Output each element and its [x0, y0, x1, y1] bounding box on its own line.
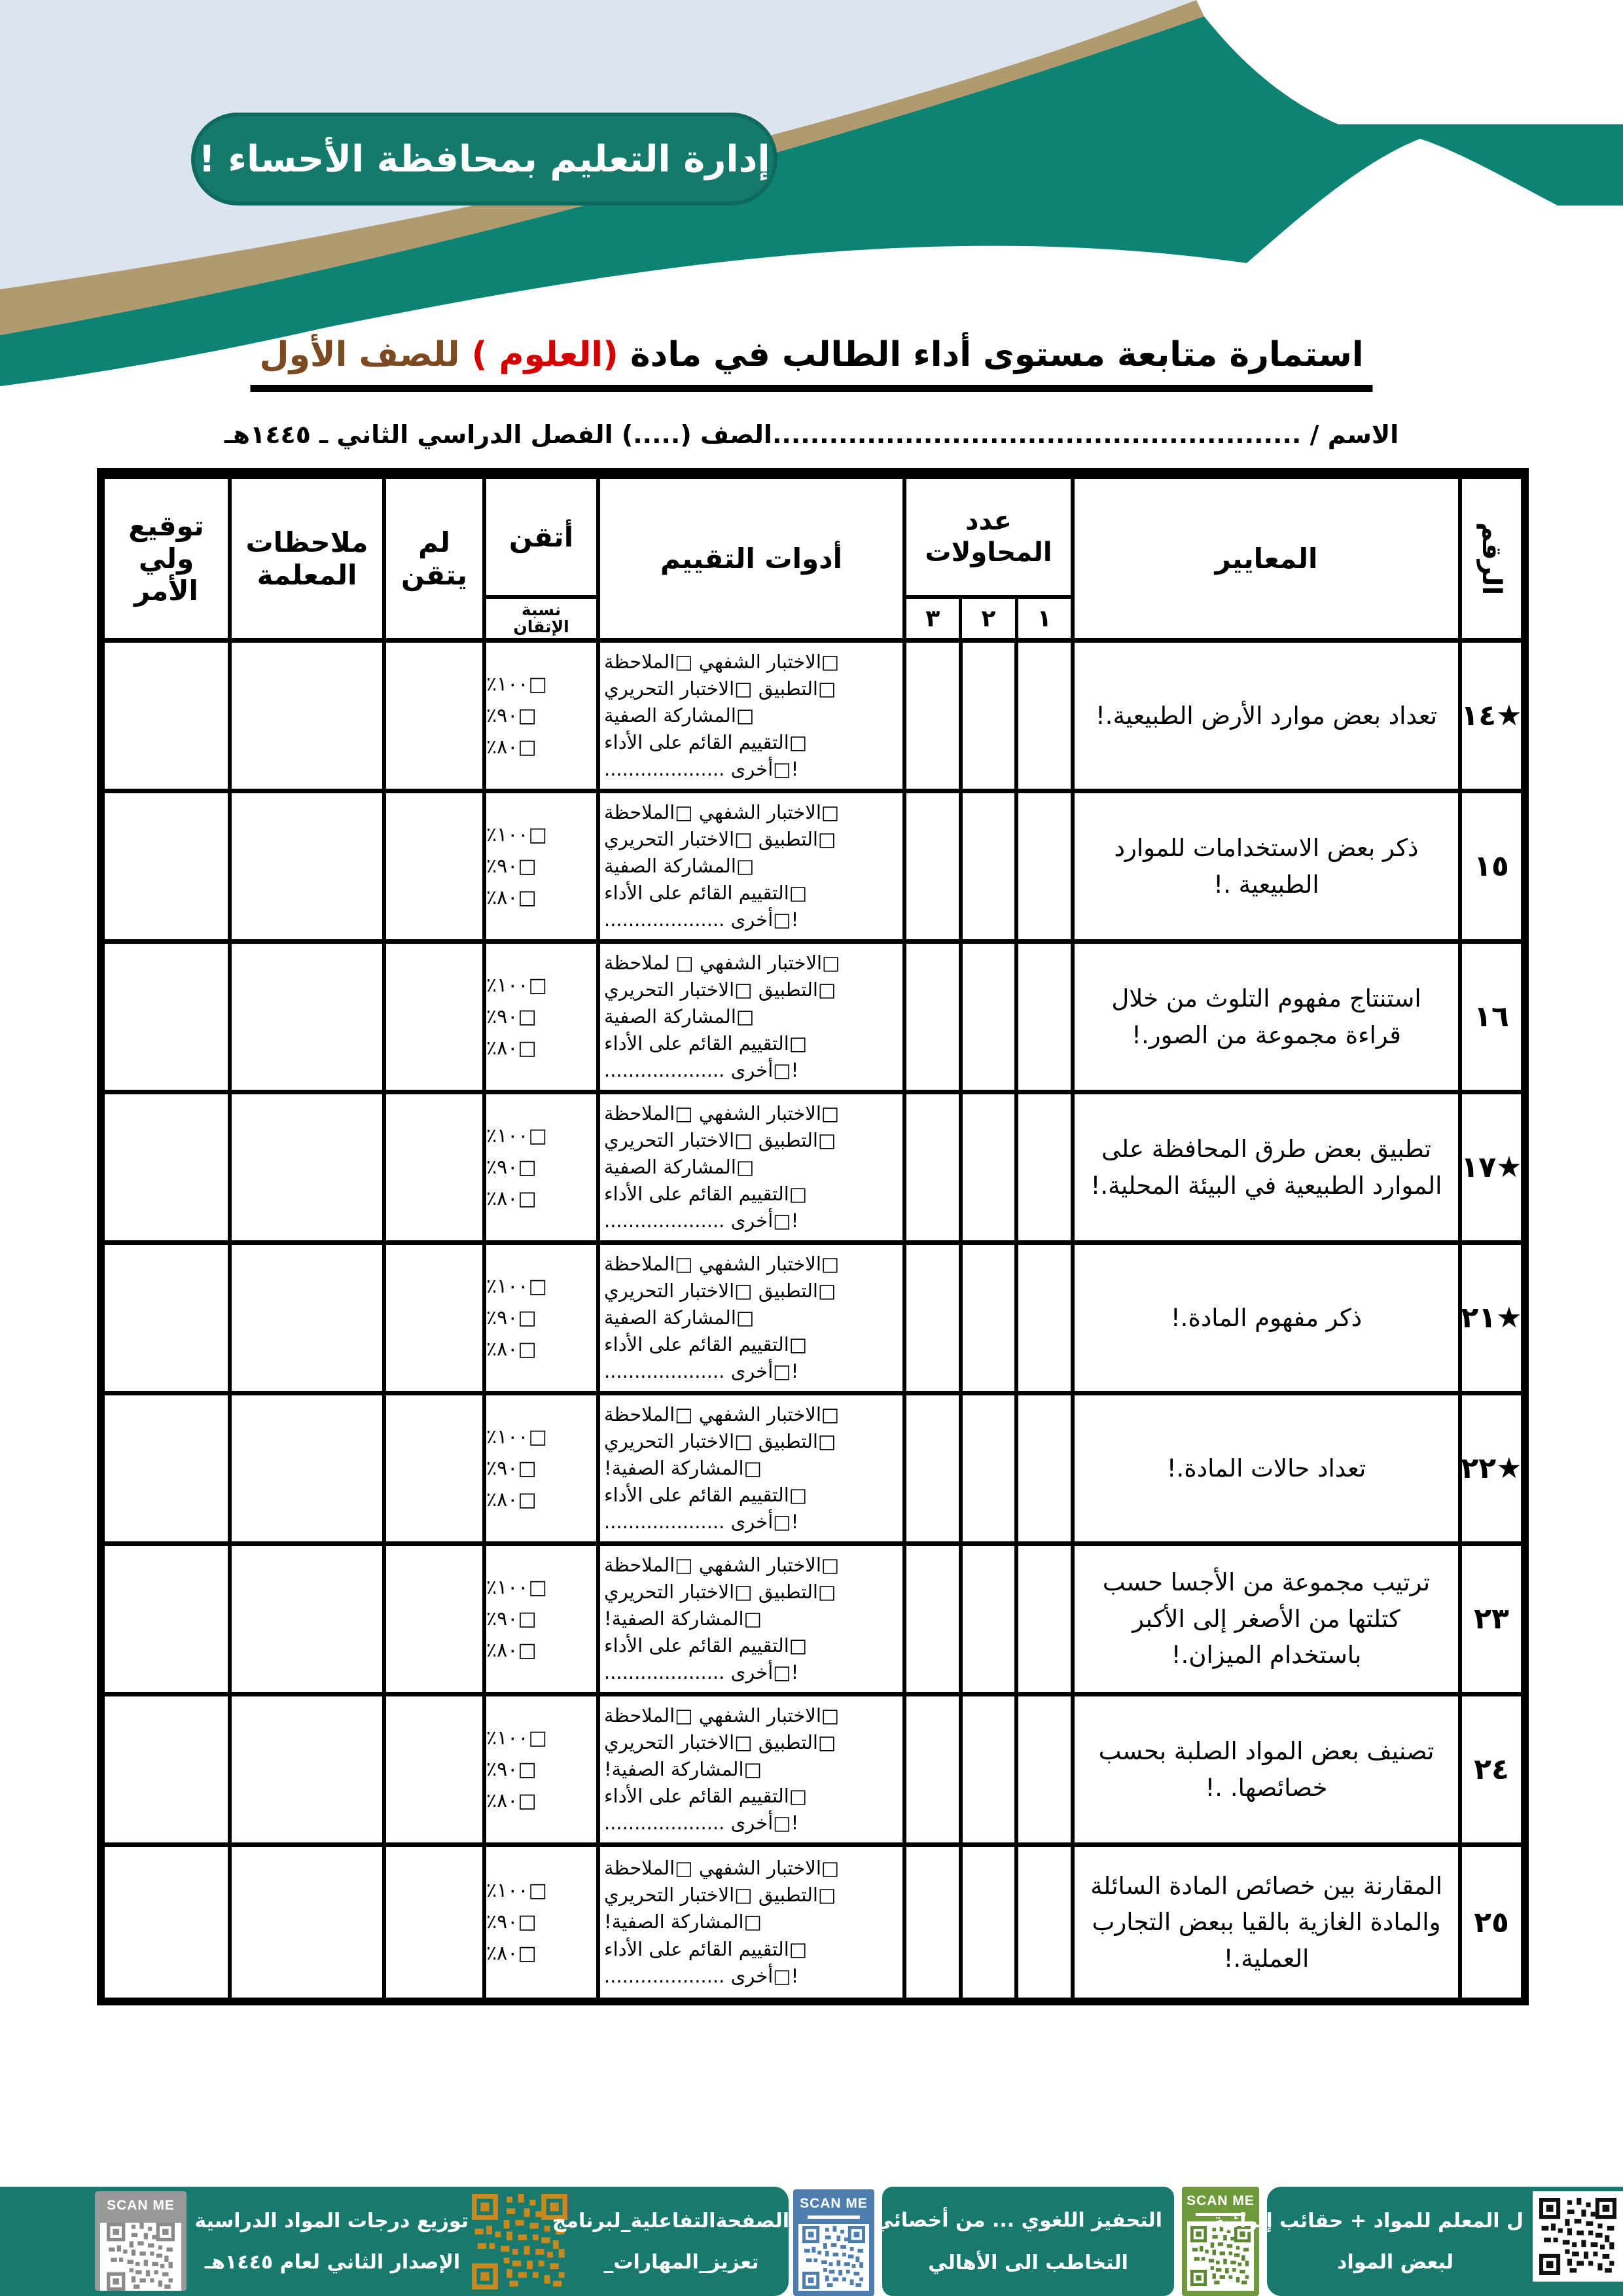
row-number: ٢٢★: [1461, 1452, 1521, 1485]
attempt-cell-2[interactable]: [959, 643, 1014, 793]
percent-option-90[interactable]: □٩٠٪: [486, 1152, 537, 1183]
percent-option-90[interactable]: □٩٠٪: [486, 1302, 537, 1334]
tool-checkbox-line[interactable]: □الاختبار الشفهي □الملاحظة: [604, 1702, 839, 1729]
qr-code-grades: [107, 2223, 175, 2291]
tool-checkbox-line[interactable]: □الاختبار الشفهي □الملاحظة: [604, 1855, 839, 1882]
teacher-notes-cell[interactable]: [228, 1245, 382, 1395]
tool-checkbox-line[interactable]: □الاختبار الشفهي □الملاحظة: [604, 1401, 839, 1428]
row-number: ١٦: [1474, 1000, 1509, 1033]
attempt-cell-2[interactable]: [959, 1245, 1014, 1395]
col-header-number: الرقم: [1458, 479, 1521, 643]
tool-checkbox-line[interactable]: !□أخرى ....................: [604, 1963, 798, 1990]
row-number-cell: ١٤★: [1458, 643, 1521, 793]
tool-checkbox-line[interactable]: □المشاركة الصفية: [604, 702, 754, 729]
mastery-percent-cell: □١٠٠٪ □٩٠٪ □٨٠٪: [482, 793, 596, 944]
tool-checkbox-line[interactable]: !□أخرى ....................: [604, 906, 798, 933]
mastery-percent-cell: □١٠٠٪ □٩٠٪ □٨٠٪: [482, 1546, 596, 1696]
percent-option-100[interactable]: □١٠٠٪: [486, 1875, 547, 1907]
tool-checkbox-line[interactable]: □المشاركة الصفية!: [604, 1909, 762, 1935]
scanme-badge-gray: SCAN ME: [95, 2191, 187, 2291]
not-mastered-cell[interactable]: [382, 1395, 482, 1546]
tool-checkbox-line[interactable]: □الاختبار الشفهي □الملاحظة: [604, 1100, 839, 1127]
col-header-guardian-signature: توقيع ولي الأمر: [105, 479, 228, 643]
guardian-signature-cell[interactable]: [105, 1245, 228, 1395]
tool-checkbox-line[interactable]: !□أخرى ....................: [604, 1509, 798, 1535]
row-number: ٢٥: [1474, 1906, 1509, 1939]
percent-option-80[interactable]: □٨٠٪: [486, 1635, 537, 1666]
education-department-badge: إدارة التعليم بمحافظة الأحساء !: [191, 113, 777, 206]
teacher-notes-cell[interactable]: [228, 1696, 382, 1847]
tool-checkbox-line[interactable]: !□أخرى ....................: [604, 756, 798, 783]
tool-checkbox-line[interactable]: □التطبيق □الاختبار التحريري: [604, 1127, 836, 1154]
footer-line: توزيع درجات المواد الدراسية: [196, 2210, 469, 2233]
assessment-tools-cell: □الاختبار الشفهي □الملاحظة □التطبيق □الا…: [596, 1847, 902, 1998]
tool-checkbox-line[interactable]: □التطبيق □الاختبار التحريري: [604, 826, 836, 853]
criteria-cell: تعداد بعض موارد الأرض الطبيعية.!: [1071, 643, 1458, 793]
mastery-percent-cell: □١٠٠٪ □٩٠٪ □٨٠٪: [482, 643, 596, 793]
guardian-signature-cell[interactable]: [105, 1696, 228, 1847]
assessment-tools-cell: □الاختبار الشفهي □الملاحظة □التطبيق □الا…: [596, 793, 902, 944]
mastery-percent-cell: □١٠٠٪ □٩٠٪ □٨٠٪: [482, 1245, 596, 1395]
teacher-notes-cell[interactable]: [228, 1546, 382, 1696]
percent-option-90[interactable]: □٩٠٪: [486, 1453, 537, 1484]
mastery-percent-cell: □١٠٠٪ □٩٠٪ □٨٠٪: [482, 944, 596, 1094]
row-number: ١٤★: [1461, 699, 1521, 732]
criteria-cell: تصنيف بعض المواد الصلبة بحسب خصائصها. .!: [1071, 1696, 1458, 1847]
attempt-cell-2[interactable]: [959, 1847, 1014, 1998]
attempt-cell-2[interactable]: [959, 944, 1014, 1094]
student-name-line[interactable]: الاسم / ................................…: [0, 420, 1623, 449]
qr-code-interactive-page: [470, 2194, 569, 2289]
percent-option-100[interactable]: □١٠٠٪: [486, 1723, 547, 1754]
col-header-number-label: الرقم: [1476, 522, 1507, 595]
criteria-cell: تعداد حالات المادة.!: [1071, 1395, 1458, 1546]
attempt-cell-1[interactable]: [1014, 1094, 1071, 1245]
tool-checkbox-line[interactable]: □المشاركة الصفية!: [604, 1756, 762, 1783]
title-subject: (العلوم ): [459, 335, 618, 374]
not-mastered-cell[interactable]: [382, 1546, 482, 1696]
row-number-cell: ٢٢★: [1458, 1395, 1521, 1546]
footer-line: ل المعلم للمواد + حقائب إثرائية: [1267, 2210, 1524, 2233]
tracking-table: الرقم المعايير عدد المحاولات ١ ٢ ٣ أدوات…: [97, 468, 1529, 2005]
row-number: ١٥: [1474, 850, 1509, 883]
guardian-signature-cell[interactable]: [105, 793, 228, 944]
teacher-notes-cell[interactable]: [228, 944, 382, 1094]
percent-option-90[interactable]: □٩٠٪: [486, 1001, 537, 1033]
tool-checkbox-line[interactable]: □التطبيق □الاختبار التحريري: [604, 1729, 836, 1756]
attempt-cell-3[interactable]: [902, 643, 959, 793]
tool-checkbox-line[interactable]: □التقييم القائم على الأداء: [604, 1331, 807, 1358]
tool-checkbox-line[interactable]: □التقييم القائم على الأداء: [604, 1936, 807, 1963]
tool-checkbox-line[interactable]: □الاختبار الشفهي □الملاحظة: [604, 649, 839, 675]
tool-checkbox-line[interactable]: □المشاركة الصفية!: [604, 1455, 762, 1482]
qr-code-teacher-guide: [1190, 2226, 1251, 2286]
tool-checkbox-line[interactable]: □المشاركة الصفية!: [604, 1605, 762, 1632]
footer-line: الإصدار الثاني لعام ١٤٤٥هـ: [196, 2251, 469, 2274]
row-number-cell: ١٥: [1458, 793, 1521, 944]
guardian-signature-cell[interactable]: [105, 1847, 228, 1998]
percent-option-100[interactable]: □١٠٠٪: [486, 1121, 547, 1152]
percent-option-90[interactable]: □٩٠٪: [486, 1907, 537, 1938]
scanme-label: SCAN ME: [107, 2198, 175, 2214]
footer-panel-motivation: التحفيز اللغوي ... من أخصائي التخاطب الى…: [882, 2187, 1174, 2296]
percent-option-80[interactable]: □٨٠٪: [486, 1785, 537, 1817]
attempt-cell-2[interactable]: [959, 793, 1014, 944]
title-prefix: استمارة متابعة مستوى أداء الطالب في مادة: [618, 335, 1364, 374]
footer-line: التخاطب الى الأهالي: [894, 2251, 1162, 2274]
percent-option-80[interactable]: □٨٠٪: [486, 1938, 537, 1969]
attempt-cell-3[interactable]: [902, 1094, 959, 1245]
percent-option-90[interactable]: □٩٠٪: [486, 1604, 537, 1635]
row-number-cell: ١٧★: [1458, 1094, 1521, 1245]
criteria-cell: المقارنة بين خصائص المادة السائلة والماد…: [1071, 1847, 1458, 1998]
tool-checkbox-line[interactable]: !□أخرى ....................: [604, 1810, 798, 1837]
tool-checkbox-line[interactable]: □التقييم القائم على الأداء: [604, 880, 807, 906]
row-number: ٢٤: [1474, 1753, 1509, 1786]
tool-checkbox-line[interactable]: !□أخرى ....................: [604, 1208, 798, 1234]
assessment-tools-cell: □الاختبار الشفهي □الملاحظة □التطبيق □الا…: [596, 1245, 902, 1395]
guardian-signature-cell[interactable]: [105, 1094, 228, 1245]
guardian-signature-cell[interactable]: [105, 1395, 228, 1546]
attempt-cell-3[interactable]: [902, 1696, 959, 1847]
criteria-cell: ترتيب مجموعة من الأجسا حسب كتلتها من الأ…: [1071, 1546, 1458, 1696]
tool-checkbox-line[interactable]: □الاختبار الشفهي □الملاحظة: [604, 799, 839, 826]
tool-checkbox-line[interactable]: □الاختبار الشفهي □الملاحظة: [604, 1251, 839, 1278]
percent-option-90[interactable]: □٩٠٪: [486, 1754, 537, 1785]
teacher-notes-cell[interactable]: [228, 1847, 382, 1998]
attempt-col-3: ٣: [906, 599, 959, 638]
tool-checkbox-line[interactable]: □التطبيق □الاختبار التحريري: [604, 1579, 836, 1605]
criteria-cell: تطبيق بعض طرق المحافظة على الموارد الطبي…: [1071, 1094, 1458, 1245]
attempt-cell-2[interactable]: [959, 1696, 1014, 1847]
footer-line: الصفحةالتفاعلية_لبرنامج: [573, 2210, 789, 2233]
col-header-mastered: أتقن نسبة الإتقان: [482, 479, 596, 643]
education-department-label: إدارة التعليم بمحافظة الأحساء !: [198, 138, 770, 181]
col-header-not-mastered: لم يتقن: [382, 479, 482, 643]
attempt-cell-1[interactable]: [1014, 1546, 1071, 1696]
scanme-badge-blue: SCAN ME: [793, 2189, 874, 2296]
row-number-cell: ٢٣: [1458, 1546, 1521, 1696]
teacher-notes-cell[interactable]: [228, 643, 382, 793]
attempt-cell-1[interactable]: [1014, 944, 1071, 1094]
not-mastered-cell[interactable]: [382, 643, 482, 793]
footer-line: لبعض المواد: [1267, 2251, 1524, 2274]
percent-option-90[interactable]: □٩٠٪: [486, 700, 537, 732]
attempt-cell-3[interactable]: [902, 1546, 959, 1696]
not-mastered-cell[interactable]: [382, 1094, 482, 1245]
guardian-signature-cell[interactable]: [105, 944, 228, 1094]
footer-line: التحفيز اللغوي ... من أخصائي: [894, 2209, 1162, 2232]
assessment-tools-cell: □الاختبار الشفهي □الملاحظة □التطبيق □الا…: [596, 1094, 902, 1245]
tool-checkbox-line[interactable]: □التقييم القائم على الأداء: [604, 1482, 807, 1509]
percent-option-80[interactable]: □٨٠٪: [486, 882, 537, 914]
percent-option-100[interactable]: □١٠٠٪: [486, 1271, 547, 1302]
tool-checkbox-line[interactable]: □التطبيق □الاختبار التحريري: [604, 675, 836, 702]
teacher-notes-cell[interactable]: [228, 1094, 382, 1245]
assessment-tools-cell: □الاختبار الشفهي □الملاحظة □التطبيق □الا…: [596, 1546, 902, 1696]
attempt-col-1: ١: [1015, 599, 1071, 638]
col-header-attempts: عدد المحاولات ١ ٢ ٣: [902, 479, 1071, 643]
title-grade: للصف الأول: [259, 335, 459, 374]
tool-checkbox-line[interactable]: □المشاركة الصفية: [604, 1304, 754, 1331]
tool-checkbox-line[interactable]: !□أخرى ....................: [604, 1659, 798, 1686]
mastery-percent-cell: □١٠٠٪ □٩٠٪ □٨٠٪: [482, 1847, 596, 1998]
footer-interactive-text: الصفحةالتفاعلية_لبرنامج تعزيز_المهارات_: [573, 2187, 789, 2296]
assessment-tools-cell: □الاختبار الشفهي □الملاحظة □التطبيق □الا…: [596, 643, 902, 793]
footer-grades-text: توزيع درجات المواد الدراسية الإصدار الثا…: [196, 2187, 469, 2296]
criteria-cell: ذكر بعض الاستخدامات للموارد الطبيعية .!: [1071, 793, 1458, 944]
col-header-tools: أدوات التقييم: [596, 479, 902, 643]
percent-option-80[interactable]: □٨٠٪: [486, 1484, 537, 1516]
col-header-teacher-notes: ملاحظات المعلمة: [228, 479, 382, 643]
percent-option-90[interactable]: □٩٠٪: [486, 851, 537, 882]
guardian-signature-cell[interactable]: [105, 1546, 228, 1696]
percent-option-80[interactable]: □٨٠٪: [486, 732, 537, 763]
scanme-label: SCAN ME: [1186, 2193, 1255, 2209]
not-mastered-cell[interactable]: [382, 944, 482, 1094]
qr-code-materials: [1533, 2191, 1623, 2282]
row-number: ٢١★: [1461, 1301, 1521, 1335]
tool-checkbox-line[interactable]: □التطبيق □الاختبار التحريري: [604, 1882, 836, 1909]
percent-option-80[interactable]: □٨٠٪: [486, 1033, 537, 1064]
attempts-subheader: ١ ٢ ٣: [906, 595, 1071, 638]
assessment-tools-cell: □الاختبار الشفهي □الملاحظة □التطبيق □الا…: [596, 1395, 902, 1546]
attempt-cell-1[interactable]: [1014, 1847, 1071, 1998]
row-number-cell: ١٦: [1458, 944, 1521, 1094]
mastery-percent-cell: □١٠٠٪ □٩٠٪ □٨٠٪: [482, 1696, 596, 1847]
tool-checkbox-line[interactable]: □التقييم القائم على الأداء: [604, 1783, 807, 1810]
row-number-cell: ٢٥: [1458, 1847, 1521, 1998]
tool-checkbox-line[interactable]: □التطبيق □الاختبار التحريري: [604, 1278, 836, 1304]
percent-option-100[interactable]: □١٠٠٪: [486, 1572, 547, 1604]
not-mastered-cell[interactable]: [382, 1847, 482, 1998]
tool-checkbox-line[interactable]: □التطبيق □الاختبار التحريري: [604, 977, 836, 1003]
attempt-cell-1[interactable]: [1014, 1395, 1071, 1546]
percent-option-100[interactable]: □١٠٠٪: [486, 669, 547, 700]
percent-option-100[interactable]: □١٠٠٪: [486, 819, 547, 851]
attempt-cell-1[interactable]: [1014, 1696, 1071, 1847]
assessment-tools-cell: □الاختبار الشفهي □ لملاحظة □التطبيق □الا…: [596, 944, 902, 1094]
percent-option-100[interactable]: □١٠٠٪: [486, 1422, 547, 1453]
attempts-label: عدد المحاولات: [906, 479, 1071, 595]
mastery-percent-cell: □١٠٠٪ □٩٠٪ □٨٠٪: [482, 1395, 596, 1546]
teacher-notes-cell[interactable]: [228, 793, 382, 944]
tool-checkbox-line[interactable]: !□أخرى ....................: [604, 1358, 798, 1385]
mastered-label: أتقن: [486, 479, 596, 595]
row-number: ١٧★: [1461, 1151, 1521, 1184]
attempt-cell-3[interactable]: [902, 1245, 959, 1395]
attempt-cell-3[interactable]: [902, 944, 959, 1094]
percent-option-80[interactable]: □٨٠٪: [486, 1334, 537, 1365]
tool-checkbox-line[interactable]: □المشاركة الصفية: [604, 1154, 754, 1181]
attempt-cell-3[interactable]: [902, 1395, 959, 1546]
not-mastered-cell[interactable]: [382, 1696, 482, 1847]
scanme-badge-green: SCAN ME: [1182, 2187, 1259, 2296]
row-number: ٢٣: [1474, 1602, 1509, 1636]
qr-code-language: [802, 2226, 865, 2289]
page-title: استمارة متابعة مستوى أداء الطالب في مادة…: [250, 335, 1372, 392]
tool-checkbox-line[interactable]: □المشاركة الصفية: [604, 853, 754, 880]
mastery-percent-cell: □١٠٠٪ □٩٠٪ □٨٠٪: [482, 1094, 596, 1245]
row-number-cell: ٢١★: [1458, 1245, 1521, 1395]
tool-checkbox-line[interactable]: □التطبيق □الاختبار التحريري: [604, 1428, 836, 1455]
col-header-criteria: المعايير: [1071, 479, 1458, 643]
tool-checkbox-line[interactable]: □المشاركة الصفية: [604, 1003, 754, 1030]
tool-checkbox-line[interactable]: □الاختبار الشفهي □ لملاحظة: [604, 950, 840, 977]
percent-option-100[interactable]: □١٠٠٪: [486, 970, 547, 1001]
attempt-cell-2[interactable]: [959, 1395, 1014, 1546]
attempt-cell-3[interactable]: [902, 1847, 959, 1998]
footer-line: تعزيز_المهارات_: [573, 2251, 789, 2274]
mastery-percent-label: نسبة الإتقان: [486, 595, 596, 638]
attempt-cell-1[interactable]: [1014, 793, 1071, 944]
tool-checkbox-line[interactable]: □التقييم القائم على الأداء: [604, 1181, 807, 1208]
attempt-col-2: ٢: [959, 599, 1014, 638]
attempt-cell-2[interactable]: [959, 1546, 1014, 1696]
tool-checkbox-line[interactable]: □الاختبار الشفهي □الملاحظة: [604, 1552, 839, 1579]
criteria-cell: استنتاج مفهوم التلوث من خلال قراءة مجموع…: [1071, 944, 1458, 1094]
attempt-cell-1[interactable]: [1014, 1245, 1071, 1395]
assessment-tools-cell: □الاختبار الشفهي □الملاحظة □التطبيق □الا…: [596, 1696, 902, 1847]
attempt-cell-3[interactable]: [902, 793, 959, 944]
criteria-cell: ذكر مفهوم المادة.!: [1071, 1245, 1458, 1395]
tool-checkbox-line[interactable]: □التقييم القائم على الأداء: [604, 729, 807, 756]
row-number-cell: ٢٤: [1458, 1696, 1521, 1847]
tool-checkbox-line[interactable]: □التقييم القائم على الأداء: [604, 1632, 807, 1659]
scanme-label: SCAN ME: [800, 2196, 868, 2212]
not-mastered-cell[interactable]: [382, 1245, 482, 1395]
attempt-cell-1[interactable]: [1014, 643, 1071, 793]
percent-option-80[interactable]: □٨٠٪: [486, 1183, 537, 1215]
guardian-signature-cell[interactable]: [105, 643, 228, 793]
tool-checkbox-line[interactable]: !□أخرى ....................: [604, 1057, 798, 1084]
attempt-cell-2[interactable]: [959, 1094, 1014, 1245]
scanme-divider: [808, 2215, 860, 2219]
teacher-notes-cell[interactable]: [228, 1395, 382, 1546]
tool-checkbox-line[interactable]: □التقييم القائم على الأداء: [604, 1030, 807, 1057]
not-mastered-cell[interactable]: [382, 793, 482, 944]
